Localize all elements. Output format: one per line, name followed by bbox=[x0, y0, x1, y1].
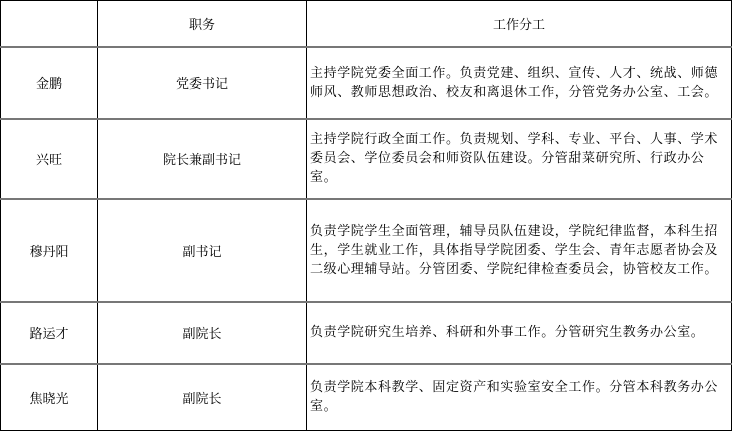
position-cell: 副书记 bbox=[98, 199, 307, 302]
position-cell: 院长兼副书记 bbox=[98, 119, 307, 199]
table-row: 焦晓光 副院长 负责学院本科教学、固定资产和实验室安全工作。分管本科教务办公室。 bbox=[1, 364, 732, 431]
name-cell: 路运才 bbox=[1, 302, 98, 364]
duties-cell: 主持学院党委全面工作。负责党建、组织、宣传、人才、统战、师德师风、教师思想政治、… bbox=[307, 47, 732, 119]
duties-cell: 主持学院行政全面工作。负责规划、学科、专业、平台、人事、学术委员会、学位委员会和… bbox=[307, 119, 732, 199]
name-cell: 穆丹阳 bbox=[1, 199, 98, 302]
header-duties-cell: 工作分工 bbox=[307, 1, 732, 47]
leadership-duty-table: 职务 工作分工 金鹏 党委书记 主持学院党委全面工作。负责党建、组织、宣传、人才… bbox=[0, 0, 732, 431]
name-cell: 金鹏 bbox=[1, 47, 98, 119]
table-row: 穆丹阳 副书记 负责学院学生全面管理，辅导员队伍建设，学院纪律监督，本科生招生，… bbox=[1, 199, 732, 302]
table-row: 兴旺 院长兼副书记 主持学院行政全面工作。负责规划、学科、专业、平台、人事、学术… bbox=[1, 119, 732, 199]
position-cell: 副院长 bbox=[98, 364, 307, 431]
position-cell: 副院长 bbox=[98, 302, 307, 364]
header-name-cell bbox=[1, 1, 98, 47]
duties-cell: 负责学院本科教学、固定资产和实验室安全工作。分管本科教务办公室。 bbox=[307, 364, 732, 431]
header-position-cell: 职务 bbox=[98, 1, 307, 47]
position-cell: 党委书记 bbox=[98, 47, 307, 119]
duties-cell: 负责学院研究生培养、科研和外事工作。分管研究生教务办公室。 bbox=[307, 302, 732, 364]
header-row: 职务 工作分工 bbox=[1, 1, 732, 47]
duties-cell: 负责学院学生全面管理，辅导员队伍建设，学院纪律监督，本科生招生，学生就业工作，具… bbox=[307, 199, 732, 302]
table-row: 金鹏 党委书记 主持学院党委全面工作。负责党建、组织、宣传、人才、统战、师德师风… bbox=[1, 47, 732, 119]
name-cell: 兴旺 bbox=[1, 119, 98, 199]
table-row: 路运才 副院长 负责学院研究生培养、科研和外事工作。分管研究生教务办公室。 bbox=[1, 302, 732, 364]
name-cell: 焦晓光 bbox=[1, 364, 98, 431]
